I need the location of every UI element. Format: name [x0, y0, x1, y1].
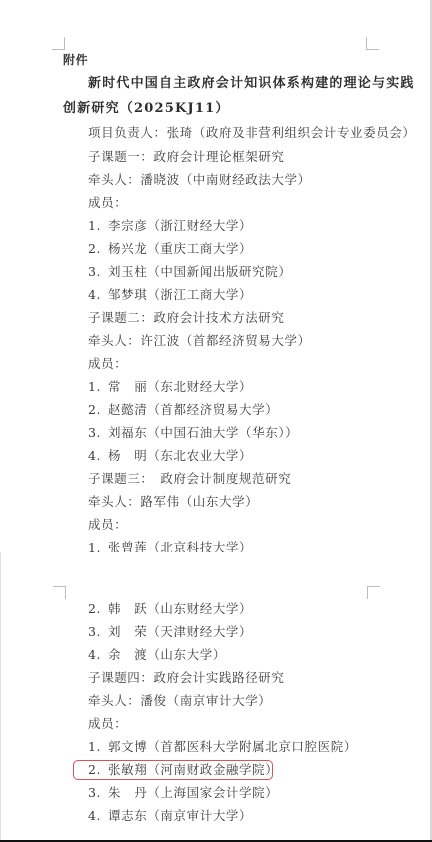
subtopic-3-leader: 牵头人：路军伟（山东大学）: [88, 494, 258, 510]
subtopic-3-heading: 子课题三： 政府会计制度规范研究: [88, 471, 291, 487]
member-item: 1.常 丽（东北财经大学）: [88, 379, 252, 395]
subtopic-4-members-label: 成员：: [88, 716, 127, 732]
project-lead: 项目负责人：张琦（政府及非营利组织会计专业委员会）: [88, 125, 416, 141]
document-page-1: 附件 新时代中国自主政府会计知识体系构建的理论与实践 创新研究（2025KJ11…: [0, 0, 430, 548]
title-line-2: 创新研究（2025KJ11）: [63, 101, 230, 117]
crop-mark-bottom-left: [53, 586, 66, 599]
subtopic-1-heading: 子课题一：政府会计理论框架研究: [88, 149, 285, 165]
subtopic-4-heading: 子课题四：政府会计实践路径研究: [88, 670, 285, 686]
member-item: 4.余 渡（山东大学）: [88, 647, 226, 663]
member-item: 2.韩 跃（山东财经大学）: [88, 601, 252, 617]
member-item: 2.赵懿清（首都经济贸易大学）: [88, 402, 278, 418]
member-item: 4.谭志东（南京审计大学）: [88, 808, 252, 824]
crop-mark-bottom-right: [367, 586, 380, 599]
crop-mark-top-right: [366, 37, 379, 50]
member-item: 3.刘 荣（天津财经大学）: [88, 624, 252, 640]
member-item: 4.邹梦琪（浙江工商大学）: [88, 287, 252, 303]
subtopic-1-members-label: 成员：: [88, 195, 127, 211]
member-item: 4.杨 明（东北农业大学）: [88, 448, 252, 464]
crop-mark-top-left: [52, 37, 65, 50]
member-item: 3.刘福东（中国石油大学（华东））: [88, 425, 298, 441]
member-item: 2.杨兴龙（重庆工商大学）: [88, 241, 252, 257]
member-item: 1.郭文博（首都医科大学附属北京口腔医院）: [88, 739, 357, 755]
subtopic-2-heading: 子课题二：政府会计技术方法研究: [88, 310, 285, 326]
member-item: 1.李宗彦（浙江财经大学）: [88, 218, 252, 234]
subtopic-2-leader: 牵头人：许江波（首都经济贸易大学）: [88, 333, 311, 349]
highlight-box: [73, 760, 273, 780]
subtopic-4-leader: 牵头人：潘俊（南京审计大学）: [88, 693, 271, 709]
title-line-1: 新时代中国自主政府会计知识体系构建的理论与实践: [88, 76, 415, 92]
attachment-label: 附件: [63, 52, 88, 68]
member-item: 3.朱 丹（上海国家会计学院）: [88, 785, 278, 801]
member-item: 3.刘玉柱（中国新闻出版研究院）: [88, 264, 291, 280]
subtopic-2-members-label: 成员：: [88, 356, 127, 372]
subtopic-1-leader: 牵头人：潘晓波（中南财经政法大学）: [88, 172, 311, 188]
subtopic-3-members-label: 成员：: [88, 517, 127, 533]
